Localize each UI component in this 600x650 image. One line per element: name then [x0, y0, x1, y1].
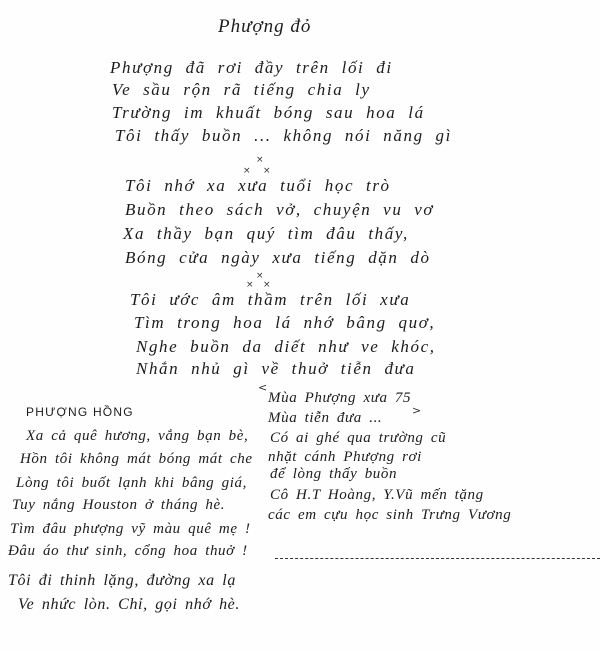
dedication-line: Có ai ghé qua trường cũ [270, 430, 446, 447]
divider-line [275, 558, 600, 559]
open-bracket-mark: < [258, 381, 267, 394]
separator-mark: × [243, 166, 251, 176]
separator-mark: × [263, 166, 271, 176]
reply-line: Tìm đâu phượng vỹ màu quê mẹ ! [10, 521, 251, 538]
separator-mark: × [246, 280, 254, 290]
poem-line: Tôi ước âm thầm trên lối xưa [130, 290, 410, 310]
poem-line: Tôi thấy buồn ... không nói năng gì [115, 126, 452, 146]
poem-line: Buồn theo sách vở, chuyện vu vơ [125, 200, 434, 220]
reply-line: Đâu áo thư sinh, cổng hoa thuở ! [8, 543, 248, 560]
poem-line: Bóng cửa ngày xưa tiếng dặn dò [125, 248, 431, 268]
poem-title: Phượng đỏ [218, 16, 311, 38]
reply-line: Xa cả quê hương, vắng bạn bè, [26, 428, 248, 445]
dedication-line: nhặt cánh Phượng rơi [268, 449, 422, 466]
poem-line: Tôi nhớ xa xưa tuổi học trò [125, 176, 391, 196]
reply-line: Lòng tôi buốt lạnh khi bâng giá, [16, 475, 247, 492]
reply-line: Tôi đi thinh lặng, đường xa lạ [8, 572, 236, 590]
poem-line: Phượng đã rơi đầy trên lối đi [110, 58, 393, 78]
poem-line: Nghe buồn da diết như ve khóc, [136, 337, 436, 357]
dedication-line: các em cựu học sinh Trưng Vương [268, 507, 511, 524]
reply-poem-title: PHƯỢNG HỒNG [26, 405, 134, 419]
reply-line: Tuy nắng Houston ở tháng hè. [12, 497, 225, 514]
poem-line: Ve sầu rộn rã tiếng chia ly [112, 80, 371, 100]
poem-line: Xa thầy bạn quý tìm đâu thấy, [123, 224, 409, 244]
reply-line: Ve nhức lòn. Chỉ, gọi nhớ hè. [18, 596, 240, 614]
dedication-line: Cô H.T Hoàng, Y.Vũ mến tặng [270, 487, 484, 504]
poem-line: Tìm trong hoa lá nhớ bâng quơ, [134, 313, 435, 333]
poem-line: Nhắn nhủ gì về thuở tiễn đưa [136, 359, 416, 379]
close-bracket-mark: > [412, 404, 421, 417]
separator-mark: × [263, 280, 271, 290]
dedication-line: để lòng thấy buồn [270, 466, 397, 483]
reply-line: Hồn tôi không mát bóng mát che [20, 451, 253, 468]
manuscript-page: Phượng đỏ Phượng đã rơi đầy trên lối đi … [0, 0, 600, 650]
poem-line: Trường im khuất bóng sau hoa lá [112, 103, 425, 123]
separator-mark: × [256, 155, 264, 165]
dedication-line: Mùa Phượng xưa 75 [268, 390, 411, 407]
dedication-line: Mùa tiễn đưa ... [268, 410, 382, 427]
